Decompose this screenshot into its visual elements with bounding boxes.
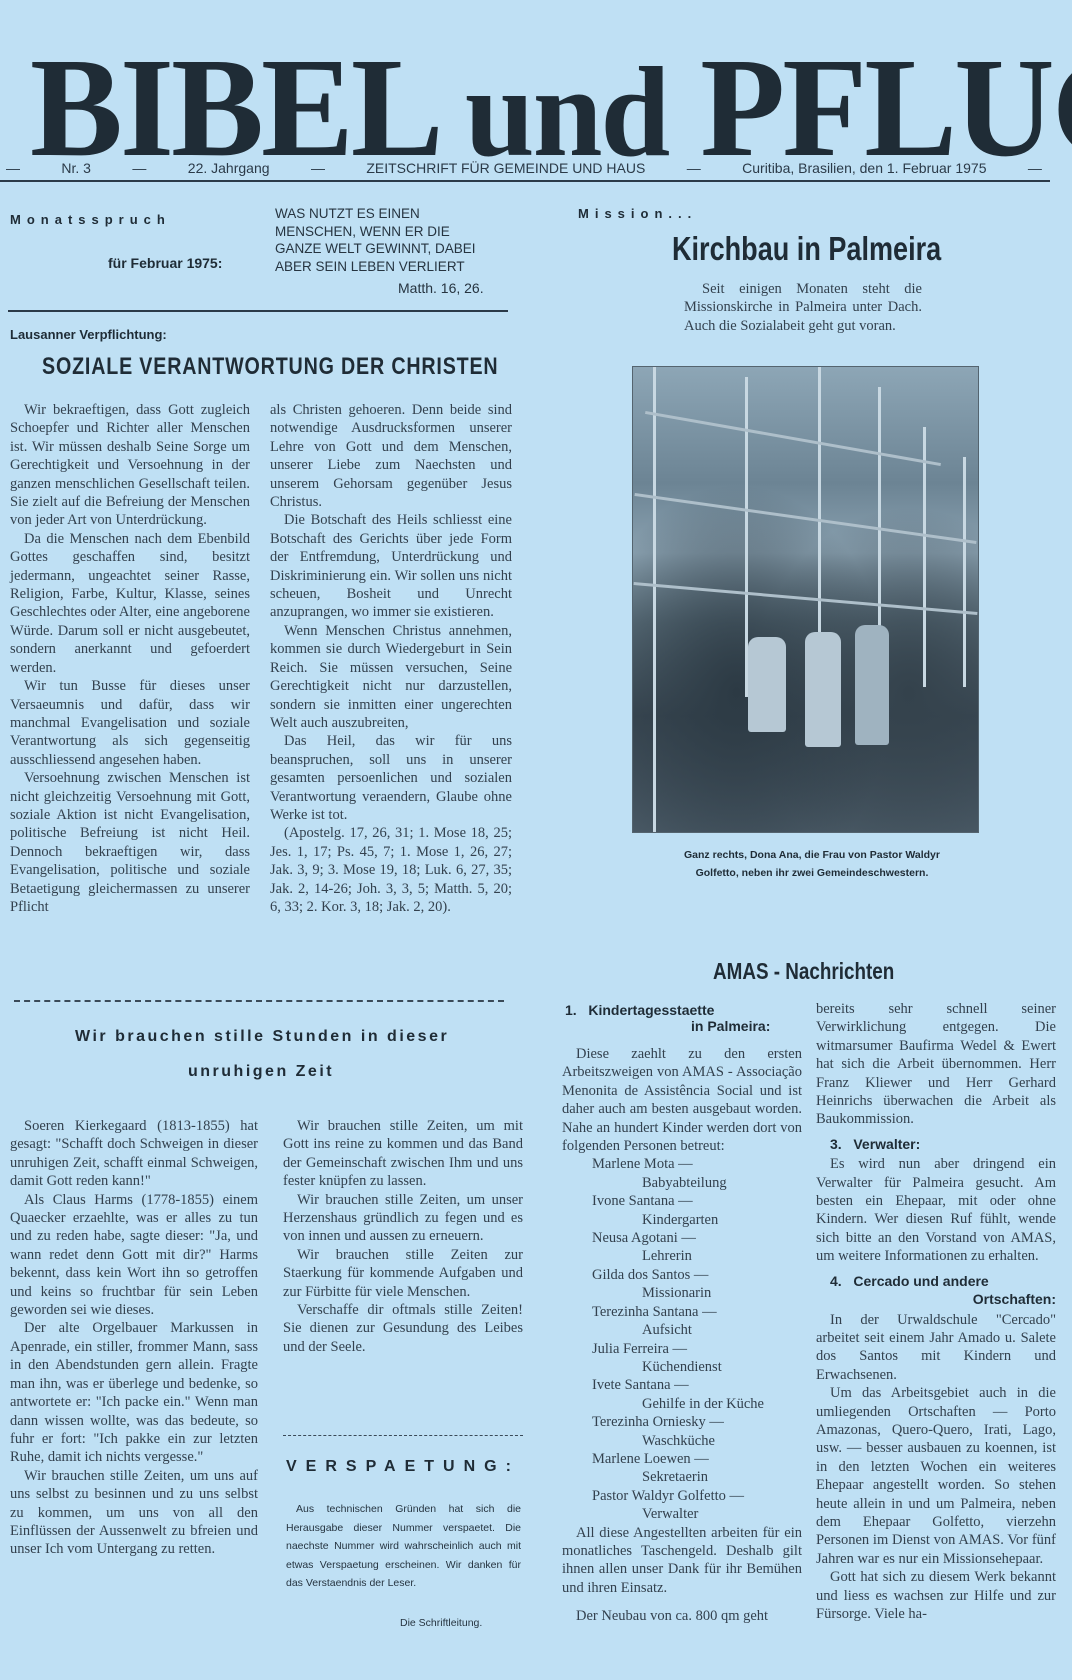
- paragraph: Verschaffe dir oftmals stille Zeiten! Si…: [283, 1301, 523, 1356]
- staff-role: Aufsicht: [562, 1321, 802, 1339]
- caption-line: Ganz rechts, Dona Ana, die Frau von Past…: [652, 846, 972, 864]
- staff-name: Terezinha Orniesky —: [562, 1413, 802, 1431]
- staff-name: Ivone Santana —: [562, 1192, 802, 1210]
- staff-name: Terezinha Santana —: [562, 1303, 802, 1321]
- paragraph: Wir tun Busse für dieses unser Versaeumn…: [10, 677, 250, 769]
- masthead-title: BIBEL und PFLUG: [30, 40, 1020, 175]
- stille-col1: Soeren Kierkegaard (1813-1855) hat gesag…: [10, 1117, 258, 1559]
- paragraph: Wir brauchen stille Zeiten, um unser Her…: [283, 1191, 523, 1246]
- paragraph: Wir brauchen stille Zeiten, um uns auf u…: [10, 1467, 258, 1559]
- paragraph: Die Botschaft des Heils schliesst eine B…: [270, 511, 512, 621]
- dash: —: [132, 160, 146, 176]
- amas-headline: AMAS - Nachrichten: [713, 958, 894, 985]
- publication-subtitle: ZEITSCHRIFT FÜR GEMEINDE UND HAUS: [366, 160, 645, 176]
- staff-name: Marlene Mota —: [562, 1155, 802, 1173]
- issue-number: Nr. 3: [61, 160, 91, 176]
- dash: —: [311, 160, 325, 176]
- amas-section1-subtitle: in Palmeira:: [691, 1018, 770, 1034]
- paragraph: Soeren Kierkegaard (1813-1855) hat gesag…: [10, 1117, 258, 1191]
- lausanne-kicker: Lausanner Verpflichtung:: [10, 327, 167, 342]
- staff-name: Neusa Agotani —: [562, 1229, 802, 1247]
- staff-name: Julia Ferreira —: [562, 1340, 802, 1358]
- monatsspruch-text: WAS NUTZT ES EINEN MENSCHEN, WENN ER DIE…: [275, 205, 500, 275]
- church-construction-photo: [632, 366, 979, 833]
- mission-kicker: Mission...: [578, 206, 697, 221]
- amas-section4-title: 4. Cercado und andere: [830, 1272, 1056, 1290]
- paragraph: Wir brauchen stille Zeiten, um mit Gott …: [283, 1117, 523, 1191]
- lausanne-col2: als Christen gehoeren. Denn beide sind n…: [270, 401, 512, 916]
- stille-headline-line1: Wir brauchen stille Stunden in dieser: [75, 1028, 449, 1046]
- staff-name: Pastor Waldyr Golfetto —: [562, 1487, 802, 1505]
- paragraph: Um das Arbeitsgebiet auch in die umliege…: [816, 1384, 1056, 1568]
- paragraph: Der alte Orgelbauer Markussen in Apenrad…: [10, 1319, 258, 1466]
- staff-role: Missionarin: [562, 1284, 802, 1302]
- staff-role: Waschküche: [562, 1432, 802, 1450]
- paragraph: Das Heil, das wir für uns beanspruchen, …: [270, 732, 512, 824]
- verspaetung-text: Aus technischen Gründen hat sich die Her…: [286, 1500, 521, 1593]
- paragraph: Da die Menschen nach dem Ebenbild Gottes…: [10, 530, 250, 677]
- paragraph: Als Claus Harms (1778-1855) einem Quaeck…: [10, 1191, 258, 1320]
- staff-role: Küchendienst: [562, 1358, 802, 1376]
- staff-role: Verwalter: [562, 1505, 802, 1523]
- verspaetung-headline: VERSPAETUNG:: [286, 1458, 520, 1476]
- volume-year: 22. Jahrgang: [188, 160, 270, 176]
- staff-role: Kindergarten: [562, 1211, 802, 1229]
- photo-caption: Ganz rechts, Dona Ana, die Frau von Past…: [652, 846, 972, 882]
- amas-section4-subtitle: Ortschaften:: [816, 1290, 1056, 1308]
- monatsspruch-month: für Februar 1975:: [108, 255, 222, 271]
- verspaetung-signature: Die Schriftleitung.: [400, 1617, 482, 1629]
- staff-role: Lehrerin: [562, 1247, 802, 1265]
- scripture-references: (Apostelg. 17, 26, 31; 1. Mose 18, 25; J…: [270, 824, 512, 916]
- mission-lead: Seit einigen Monaten steht die Missionsk…: [684, 280, 922, 335]
- mission-headline: Kirchbau in Palmeira: [672, 230, 941, 268]
- staff-role: Babyabteilung: [562, 1174, 802, 1192]
- paragraph: Gott hat sich zu diesem Werk bekannt und…: [816, 1568, 1056, 1623]
- staff-name: Marlene Loewen —: [562, 1450, 802, 1468]
- monatsspruch-label: Monatsspruch: [10, 212, 171, 227]
- stille-headline-line2: unruhigen Zeit: [188, 1063, 334, 1081]
- staff-name: Ivete Santana —: [562, 1376, 802, 1394]
- staff-list: Marlene Mota — Babyabteilung Ivone Santa…: [562, 1155, 802, 1523]
- paragraph: Wir bekraeftigen, dass Gott zugleich Sch…: [10, 401, 250, 530]
- masthead-subline: — Nr. 3 — 22. Jahrgang — ZEITSCHRIFT FÜR…: [6, 158, 1042, 178]
- paragraph: Versoehnung zwischen Menschen ist nicht …: [10, 769, 250, 916]
- lausanne-col1: Wir bekraeftigen, dass Gott zugleich Sch…: [10, 401, 250, 916]
- amas-col2: bereits sehr schnell seiner Verwirklichu…: [816, 1000, 1056, 1623]
- staff-name: Gilda dos Santos —: [562, 1266, 802, 1284]
- place-date: Curitiba, Brasilien, den 1. Februar 1975: [742, 160, 986, 176]
- paragraph: Wir brauchen stille Zeiten zur Staerkung…: [283, 1246, 523, 1301]
- paragraph: Diese zaehlt zu den ersten Arbeitszweige…: [562, 1045, 802, 1155]
- paragraph: All diese Angestellten arbeiten für ein …: [562, 1524, 802, 1598]
- amas-section1-title: 1. Kindertagesstaette: [565, 1002, 714, 1018]
- paragraph: Der Neubau von ca. 800 qm geht: [562, 1607, 802, 1625]
- monatsspruch-reference: Matth. 16, 26.: [398, 280, 484, 296]
- amas-col1: Diese zaehlt zu den ersten Arbeitszweige…: [562, 1045, 802, 1626]
- paragraph: In der Urwaldschule "Cercado" arbeitet s…: [816, 1311, 1056, 1385]
- section-divider: [283, 1435, 523, 1436]
- lausanne-headline: SOZIALE VERANTWORTUNG DER CHRISTEN: [42, 353, 498, 381]
- dash: —: [1028, 160, 1042, 176]
- amas-section3-title: 3. Verwalter:: [830, 1135, 1056, 1153]
- caption-line: Golfetto, neben ihr zwei Gemeindeschwest…: [652, 864, 972, 882]
- dash: —: [6, 160, 20, 176]
- staff-role: Gehilfe in der Küche: [562, 1395, 802, 1413]
- section-rule: [8, 310, 508, 312]
- paragraph: bereits sehr schnell seiner Verwirklichu…: [816, 1000, 1056, 1129]
- paragraph: als Christen gehoeren. Denn beide sind n…: [270, 401, 512, 511]
- dash: —: [687, 160, 701, 176]
- masthead-rule: [0, 180, 1050, 182]
- paragraph: Es wird nun aber dringend ein Verwalter …: [816, 1155, 1056, 1265]
- lead-paragraph: Seit einigen Monaten steht die Missionsk…: [684, 280, 922, 335]
- paragraph: Wenn Menschen Christus annehmen, kommen …: [270, 622, 512, 732]
- stille-col2: Wir brauchen stille Zeiten, um mit Gott …: [283, 1117, 523, 1356]
- section-divider: [14, 1000, 504, 1002]
- staff-role: Sekretaerin: [562, 1468, 802, 1486]
